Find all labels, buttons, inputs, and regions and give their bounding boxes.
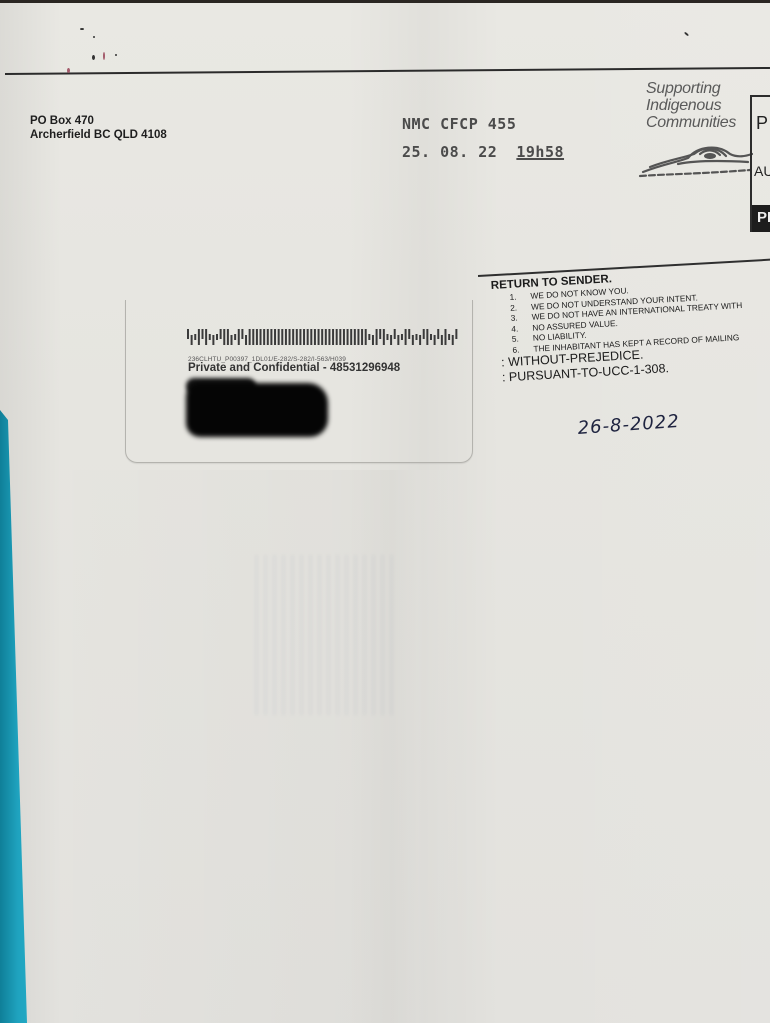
ink-speck	[80, 28, 84, 30]
postmark-code: NMC CFCP 455	[402, 110, 564, 138]
ink-speck	[92, 55, 95, 60]
postage-box-label-bottom: PI	[757, 209, 770, 226]
ink-speck	[684, 32, 689, 37]
postage-box-black-band: PI	[752, 205, 770, 232]
postage-box-label-country: AU	[754, 163, 770, 179]
postage-paid-box: P AU PI	[750, 95, 770, 232]
return-to-sender-stamp: RETURN TO SENDER. 1.WE DO NOT KNOW YOU. …	[490, 253, 770, 386]
recipient-redaction	[186, 383, 328, 437]
ink-speck	[103, 52, 105, 60]
postage-slogan-line2: Indigenous	[646, 97, 766, 114]
postmark-time: 19h58	[516, 143, 564, 161]
handwritten-date: 26-8-2022	[577, 411, 680, 439]
postmark-datetime: 25. 08. 22 19h58	[402, 138, 564, 166]
postage-slogan: Supporting Indigenous Communities	[646, 80, 766, 131]
sender-address-line1: PO Box 470	[30, 114, 167, 128]
postage-slogan-line1: Supporting	[646, 80, 766, 97]
envelope-fold-line	[5, 67, 770, 75]
postmark: NMC CFCP 455 25. 08. 22 19h58	[402, 110, 564, 166]
ink-speck	[67, 68, 70, 73]
postage-box-label-top: P	[756, 113, 768, 134]
ink-speck	[93, 36, 95, 38]
envelope: PO Box 470 Archerfield BC QLD 4108 NMC C…	[0, 0, 770, 1023]
sender-address: PO Box 470 Archerfield BC QLD 4108	[30, 114, 167, 142]
sender-address-line2: Archerfield BC QLD 4108	[30, 128, 167, 142]
postal-barcode-icon	[187, 329, 459, 345]
confidential-line: Private and Confidential - 48531296948	[188, 362, 400, 374]
envelope-top-edge	[0, 0, 770, 3]
postage-slogan-line3: Communities	[646, 114, 766, 131]
indigenous-art-icon	[638, 134, 753, 180]
paper-crease	[40, 470, 770, 1023]
ink-speck	[115, 54, 117, 56]
postmark-date: 25. 08. 22	[402, 143, 497, 161]
address-window	[125, 300, 473, 463]
